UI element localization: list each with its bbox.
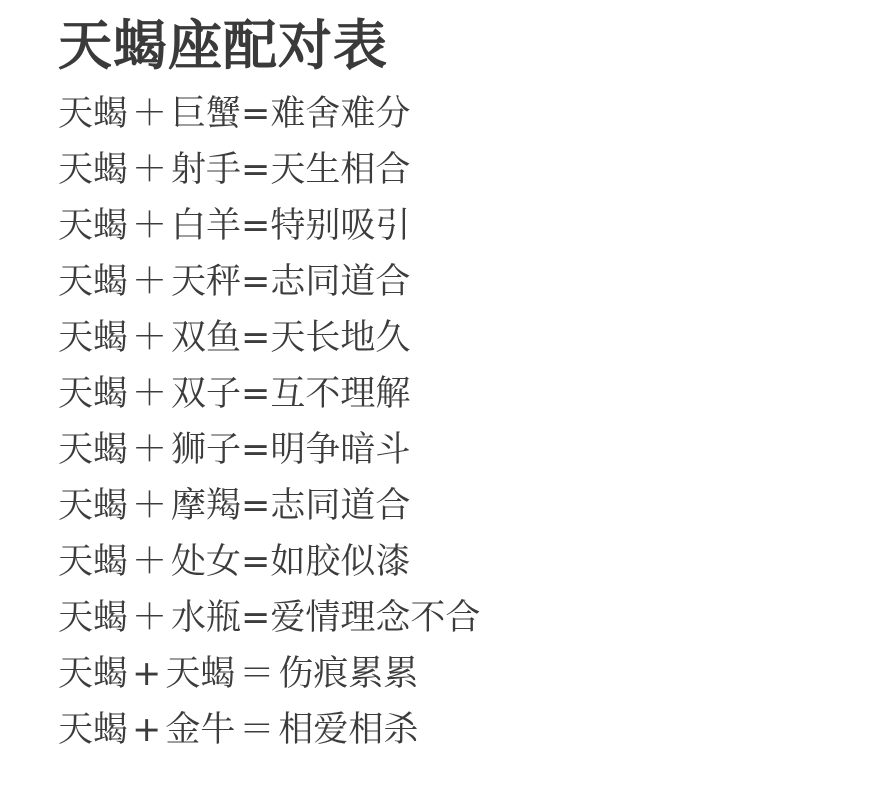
plus-sign: ＋: [128, 94, 171, 134]
pairing-row: 天蝎＋摩羯=志同道合: [58, 478, 878, 534]
equals-sign: =: [241, 150, 270, 190]
pairing-row: 天蝎＋双子=互不理解: [58, 366, 878, 422]
result-text: 天长地久: [270, 318, 410, 358]
sign-b: 天秤: [171, 262, 241, 302]
sign-a: 天蝎: [58, 318, 128, 358]
pairing-row: 天蝎＋水瓶=爱情理念不合: [58, 590, 878, 646]
result-text: 特别吸引: [270, 206, 410, 246]
result-text: 难舍难分: [270, 94, 410, 134]
plus-sign: ＋: [128, 486, 171, 526]
plus-sign: ＋: [128, 542, 171, 582]
sign-b: 双鱼: [171, 318, 241, 358]
result-text: 互不理解: [270, 374, 410, 414]
sign-b: 狮子: [171, 430, 241, 470]
pairing-row: 天蝎＋双鱼=天长地久: [58, 310, 878, 366]
plus-sign: ＋: [128, 150, 171, 190]
pairing-list: 天蝎＋巨蟹=难舍难分 天蝎＋射手=天生相合 天蝎＋白羊=特别吸引 天蝎＋天秤=志…: [58, 86, 878, 758]
plus-sign: ＋: [128, 430, 171, 470]
equals-sign: =: [241, 318, 270, 358]
pairing-row: 天蝎+金牛＝相爱相杀: [58, 702, 878, 758]
pairing-row: 天蝎＋天秤=志同道合: [58, 254, 878, 310]
equals-sign: =: [241, 430, 270, 470]
equals-sign: ＝: [235, 654, 278, 694]
pairing-row: 天蝎+天蝎＝伤痕累累: [58, 646, 878, 702]
sign-b: 水瓶: [171, 598, 241, 638]
result-text: 相爱相杀: [278, 710, 418, 750]
sign-b: 摩羯: [171, 486, 241, 526]
result-text: 爱情理念不合: [270, 598, 480, 638]
equals-sign: =: [241, 598, 270, 638]
sign-b: 白羊: [171, 206, 241, 246]
sign-b: 射手: [171, 150, 241, 190]
sign-a: 天蝎: [58, 262, 128, 302]
plus-sign: ＋: [128, 598, 171, 638]
sign-a: 天蝎: [58, 374, 128, 414]
page-title: 天蝎座配对表: [58, 0, 878, 76]
equals-sign: =: [241, 486, 270, 526]
plus-sign: ＋: [128, 206, 171, 246]
pairing-row: 天蝎＋狮子=明争暗斗: [58, 422, 878, 478]
equals-sign: =: [241, 542, 270, 582]
plus-sign: ＋: [128, 374, 171, 414]
result-text: 明争暗斗: [270, 430, 410, 470]
equals-sign: ＝: [235, 710, 278, 750]
sign-a: 天蝎: [58, 486, 128, 526]
sign-b: 天蝎: [165, 654, 235, 694]
equals-sign: =: [241, 374, 270, 414]
pairing-row: 天蝎＋白羊=特别吸引: [58, 198, 878, 254]
equals-sign: =: [241, 94, 270, 134]
plus-sign: ＋: [128, 262, 171, 302]
plus-sign: +: [128, 654, 165, 694]
sign-a: 天蝎: [58, 542, 128, 582]
pairing-row: 天蝎＋射手=天生相合: [58, 142, 878, 198]
sign-b: 处女: [171, 542, 241, 582]
sign-b: 巨蟹: [171, 94, 241, 134]
result-text: 如胶似漆: [270, 542, 410, 582]
sign-a: 天蝎: [58, 598, 128, 638]
document-page: 天蝎座配对表 天蝎＋巨蟹=难舍难分 天蝎＋射手=天生相合 天蝎＋白羊=特别吸引 …: [58, 0, 878, 758]
equals-sign: =: [241, 262, 270, 302]
result-text: 志同道合: [270, 486, 410, 526]
sign-a: 天蝎: [58, 654, 128, 694]
sign-a: 天蝎: [58, 710, 128, 750]
equals-sign: =: [241, 206, 270, 246]
result-text: 天生相合: [270, 150, 410, 190]
sign-b: 双子: [171, 374, 241, 414]
plus-sign: ＋: [128, 318, 171, 358]
sign-a: 天蝎: [58, 94, 128, 134]
plus-sign: +: [128, 710, 165, 750]
pairing-row: 天蝎＋处女=如胶似漆: [58, 534, 878, 590]
sign-b: 金牛: [165, 710, 235, 750]
result-text: 志同道合: [270, 262, 410, 302]
sign-a: 天蝎: [58, 150, 128, 190]
result-text: 伤痕累累: [278, 654, 418, 694]
sign-a: 天蝎: [58, 206, 128, 246]
pairing-row: 天蝎＋巨蟹=难舍难分: [58, 86, 878, 142]
sign-a: 天蝎: [58, 430, 128, 470]
